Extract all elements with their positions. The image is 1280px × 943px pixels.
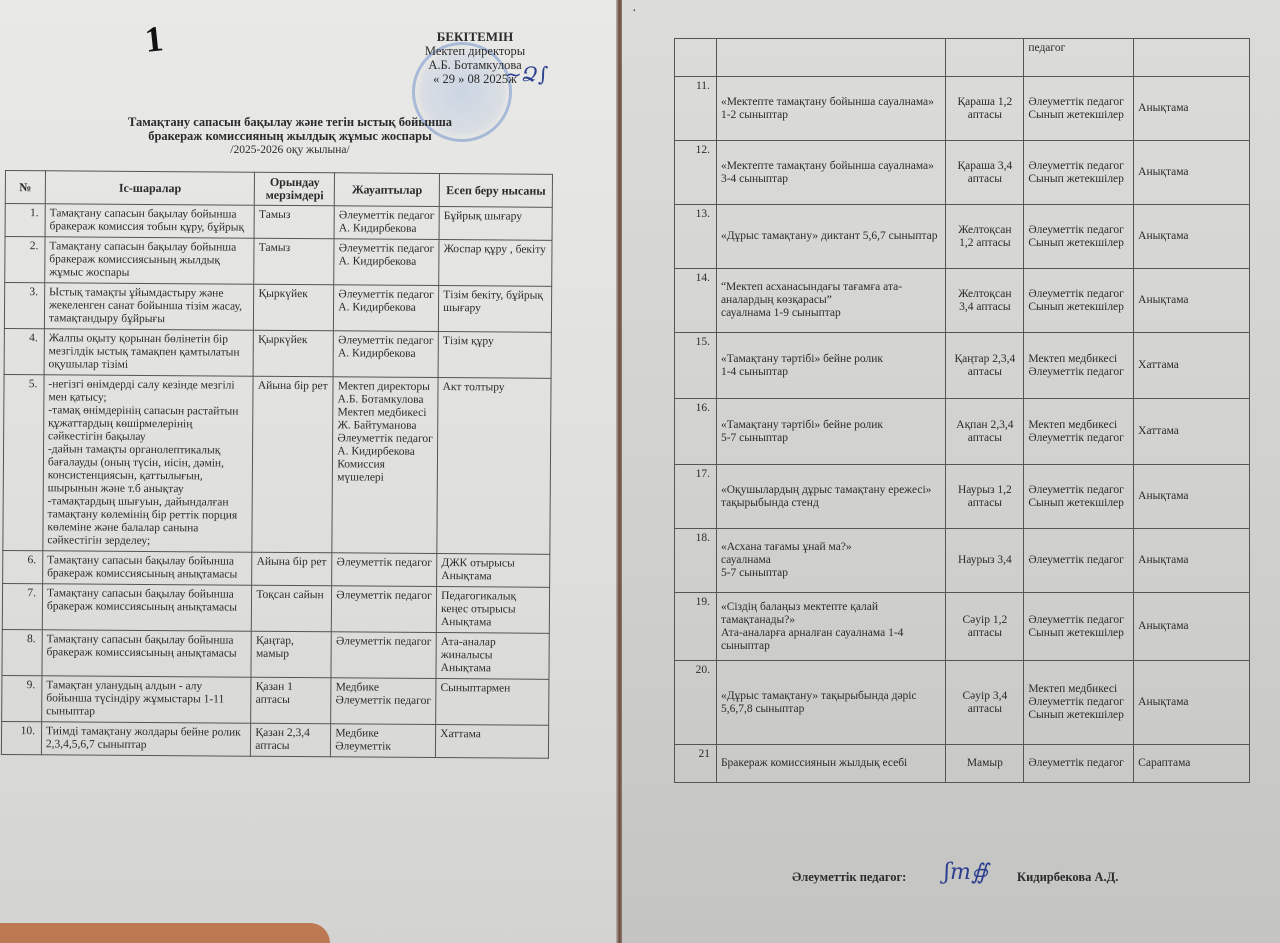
cell-number: 17. (675, 465, 717, 529)
cell-timing: Сәуір 3,4 аптасы (946, 661, 1024, 745)
cell-responsible: Мектеп медбикесі Әлеуметтік педагог (1024, 333, 1134, 399)
cell-number: 2. (5, 237, 45, 283)
cell-report-form: Хаттама (1134, 333, 1250, 399)
table-row: 12.«Мектепте тамақтану бойынша сауалнама… (675, 141, 1250, 205)
cell-number: 1. (5, 204, 45, 237)
cell-report-form: Анықтама (1134, 77, 1250, 141)
cell-responsible: Әлеуметтік педагог (1024, 745, 1134, 783)
header-responsible: Жауаптылар (335, 173, 440, 207)
table-header-row: № Іс-шаралар Орындау мерзімдері Жауаптыл… (5, 171, 552, 208)
cell-number: 16. (675, 399, 717, 465)
table-row: 14.“Мектеп асханасындағы тағамға ата-ана… (675, 269, 1250, 333)
cell-timing: Қыркүйек (254, 284, 334, 331)
title-subtitle: /2025-2026 оқу жылына/ (100, 143, 480, 157)
cell-number: 18. (675, 529, 717, 593)
cell-timing: Қыркүйек (253, 330, 333, 377)
cell-responsible: Мектеп медбикесі Әлеуметтік педагог Сыны… (1024, 661, 1134, 745)
cell-responsible: Әлеуметтік педагог Сынып жетекшілер (1024, 77, 1134, 141)
table-row: 6.Тамақтану сапасын бақылау бойынша брак… (3, 550, 550, 587)
approval-position: Мектеп директоры (395, 44, 555, 58)
cell-responsible: Мектеп медбикесі Әлеуметтік педагог (1024, 399, 1134, 465)
cell-activity: «Тамақтану тәртібі» бейне ролик 5-7 сыны… (716, 399, 945, 465)
cell-activity: Тамақтану сапасын бақылау бойынша бракер… (42, 630, 252, 677)
cell-activity: «Мектепте тамақтану бойынша сауалнама» 1… (716, 77, 945, 141)
cell-activity: «Тамақтану тәртібі» бейне ролик 1-4 сыны… (716, 333, 945, 399)
cell-number: 14. (675, 269, 717, 333)
cell-responsible: Әлеуметтік педагог (332, 586, 437, 633)
cell-report-form: Анықтама (1134, 529, 1250, 593)
cell-number: 9. (2, 675, 42, 721)
table-row: 10.Тиімді тамақтану жолдары бейне ролик … (1, 721, 548, 758)
cell-responsible: Әлеуметтік педагог (331, 632, 436, 679)
cell-report-form: Анықтама (1134, 141, 1250, 205)
cell-number: 4. (4, 328, 44, 374)
table-row: 17.«Оқушылардың дұрыс тамақтану ережесі»… (675, 465, 1250, 529)
cell-number: 11. (675, 77, 717, 141)
cell-activity: Тамақтану сапасын бақылау бойынша бракер… (42, 584, 252, 631)
cell-report-form: Жоспар құру , бекіту (439, 240, 552, 287)
cell-number: 15. (675, 333, 717, 399)
header-report-form: Есеп беру нысаны (439, 174, 552, 208)
cell-activity: «Сіздің балаңыз мектепте қалай тамақтана… (716, 593, 945, 661)
cell-activity: Ыстық тамақты ұйымдастыру және жекеленге… (44, 283, 254, 330)
approval-heading: БЕКІТЕМІН (395, 30, 555, 44)
director-signature: ~Ձ∫ (505, 62, 548, 86)
cell-report-form: Бұйрық шығару (439, 207, 552, 241)
table-row: 8.Тамақтану сапасын бақылау бойынша брак… (2, 629, 549, 679)
cell-timing: Қараша 1,2 аптасы (946, 77, 1024, 141)
cell-activity: Тамақтан уланудың алдын - алу бойынша тү… (42, 676, 252, 723)
cell-activity: Тиімді тамақтану жолдары бейне ролик 2,3… (41, 722, 251, 756)
cell-activity: Бракераж комиссиянын жылдық есебі (716, 745, 945, 783)
cell-responsible: Мектеп директоры А.Б. Ботамкулова Мектеп… (332, 377, 438, 554)
cell-timing: Желтоқсан 3,4 аптасы (946, 269, 1024, 333)
cell-number: 19. (675, 593, 717, 661)
cell-report-form: Ата-аналар жиналысы Анықтама (436, 633, 549, 680)
title-line-1: Тамақтану сапасын бақылау және тегін ыст… (100, 115, 480, 129)
header-number: № (5, 171, 45, 204)
cell-report-form: Анықтама (1134, 593, 1250, 661)
table-row: 3.Ыстық тамақты ұйымдастыру және жекелен… (4, 283, 551, 333)
cell-timing: Қараша 3,4 аптасы (946, 141, 1024, 205)
cell-report-form: Акт толтыру (437, 378, 551, 555)
cell-number: 5. (3, 374, 44, 550)
cell-responsible: Медбике Әлеуметтік (331, 724, 436, 758)
table-row: 11.«Мектепте тамақтану бойынша сауалнама… (675, 77, 1250, 141)
table-row: 9.Тамақтан уланудың алдын - алу бойынша … (2, 675, 549, 725)
page-number-mark: 1 (143, 17, 165, 61)
document-page-left: 1 БЕКІТЕМІН Мектеп директоры А.Б. Ботамк… (0, 0, 618, 943)
cell-report-form: Анықтама (1134, 205, 1250, 269)
cell-responsible: Әлеуметтік педагог А. Кидирбекова (334, 206, 439, 240)
cell-responsible: Әлеуметтік педагог (332, 553, 437, 587)
table-row: 7.Тамақтану сапасын бақылау бойынша брак… (2, 583, 549, 633)
table-row: 13.«Дұрыс тамақтану» диктант 5,6,7 сынып… (675, 205, 1250, 269)
cell-timing: Айына бір рет (252, 552, 332, 586)
cell-responsible: Әлеуметтік педагог (1024, 529, 1134, 593)
cell-timing: Наурыз 1,2 аптасы (946, 465, 1024, 529)
table-row-continued: педагог (675, 39, 1250, 77)
cell-report-form: Педагогикалық кеңес отырысы Анықтама (436, 587, 549, 634)
cell-responsible: педагог (1024, 39, 1134, 77)
cell-responsible: Әлеуметтік педагог А. Кидирбекова (334, 239, 439, 286)
cell-number: 10. (1, 721, 41, 754)
cell-responsible: Әлеуметтік педагог Сынып жетекшілер (1024, 593, 1134, 661)
cell-activity: Жалпы оқыту қорынан бөлінетін бір мезгіл… (44, 329, 254, 376)
table-row: 1.Тамақтану сапасын бақылау бойынша брак… (5, 204, 552, 241)
cell-timing: Сәуір 1,2 аптасы (946, 593, 1024, 661)
cell-timing: Тоқсан сайын (252, 585, 332, 632)
cell-responsible: Әлеуметтік педагог Сынып жетекшілер (1024, 141, 1134, 205)
cell-report-form: ДЖК отырысы Анықтама (437, 554, 550, 588)
cell-activity: Тамақтану сапасын бақылау бойынша бракер… (45, 204, 255, 238)
cell-activity: “Мектеп асханасындағы тағамға ата-аналар… (716, 269, 945, 333)
table-row: 16.«Тамақтану тәртібі» бейне ролик 5-7 с… (675, 399, 1250, 465)
plan-table-part-2: педагог 11.«Мектепте тамақтану бойынша с… (674, 38, 1250, 783)
cell-activity: Тамақтану сапасын бақылау бойынша бракер… (45, 237, 255, 284)
cell-number: 20. (675, 661, 717, 745)
cell-responsible: Медбике Әлеуметтік педагог (331, 678, 436, 725)
footer-role: Әлеуметтік педагог: (792, 870, 906, 885)
table-row: 2.Тамақтану сапасын бақылау бойынша брак… (5, 237, 552, 287)
cell-timing: Мамыр (946, 745, 1024, 783)
cell-report-form: Хаттама (1134, 399, 1250, 465)
cell-responsible: Әлеуметтік педагог Сынып жетекшілер (1024, 269, 1134, 333)
cell-responsible: Әлеуметтік педагог А. Кидирбекова (333, 331, 438, 378)
document-page-right: · педагог 11.«Мектепте тамақтану бойынша… (622, 0, 1280, 943)
cell-number: 7. (2, 583, 42, 629)
cell-activity: «Асхана тағамы ұнай ма?» сауалнама 5-7 с… (716, 529, 945, 593)
cell-report-form: Сараптама (1134, 745, 1250, 783)
cell-timing: Айына бір рет (252, 376, 333, 553)
cell-activity: Тамақтану сапасын бақылау бойынша бракер… (43, 551, 253, 585)
table-row: 20.«Дұрыс тамақтану» тақырыбында дәріс 5… (675, 661, 1250, 745)
cell-timing: Ақпан 2,3,4 аптасы (946, 399, 1024, 465)
header-activities: Іс-шаралар (45, 171, 255, 205)
table-row: 15.«Тамақтану тәртібі» бейне ролик 1-4 с… (675, 333, 1250, 399)
cell-activity: «Оқушылардың дұрыс тамақтану ережесі» та… (716, 465, 945, 529)
table-row: 5.-негізгі өнімдерді салу кезінде мезгіл… (3, 374, 551, 554)
desk-edge (0, 923, 330, 943)
cell-activity: -негізгі өнімдерді салу кезінде мезгілі … (43, 375, 254, 552)
title-line-2: бракераж комиссияның жылдық жұмыс жоспар… (100, 129, 480, 143)
cell-number: 6. (3, 550, 43, 583)
header-timing: Орындау мерзімдері (255, 172, 335, 206)
cell-number: 13. (675, 205, 717, 269)
table-row: 4.Жалпы оқыту қорынан бөлінетін бір мезг… (4, 328, 551, 378)
cell-activity: «Дұрыс тамақтану» тақырыбында дәріс 5,6,… (716, 661, 945, 745)
cell-report-form: Анықтама (1134, 269, 1250, 333)
cell-timing: Қазан 2,3,4 аптасы (251, 723, 331, 757)
cell-report-form: Тізім бекіту, бұйрық шығару (439, 286, 552, 333)
cell-timing: Наурыз 3,4 (946, 529, 1024, 593)
cell-timing: Қаңтар 2,3,4 аптасы (946, 333, 1024, 399)
cell-report-form: Тізім құру (438, 332, 551, 379)
cell-responsible: Әлеуметтік педагог Сынып жетекшілер (1024, 465, 1134, 529)
cell-responsible: Әлеуметтік педагог А. Кидирбекова (334, 285, 439, 332)
table-row: 19.«Сіздің балаңыз мектепте қалай тамақт… (675, 593, 1250, 661)
cell-timing: Желтоқсан 1,2 аптасы (946, 205, 1024, 269)
table-row: 21Бракераж комиссиянын жылдық есебіМамыр… (675, 745, 1250, 783)
cell-activity: «Дұрыс тамақтану» диктант 5,6,7 сыныптар (716, 205, 945, 269)
cell-report-form: Сыныптармен (436, 679, 549, 726)
cell-number: 21 (675, 745, 717, 783)
cell-responsible: Әлеуметтік педагог Сынып жетекшілер (1024, 205, 1134, 269)
cell-report-form: Хаттама (436, 725, 549, 759)
cell-timing: Тамыз (254, 238, 334, 285)
cell-activity: «Мектепте тамақтану бойынша сауалнама» 3… (716, 141, 945, 205)
cell-report-form: Анықтама (1134, 465, 1250, 529)
plan-table-part-1: № Іс-шаралар Орындау мерзімдері Жауаптыл… (1, 170, 553, 759)
footer-name: Кидирбекова А.Д. (1017, 870, 1118, 885)
table-row: 18.«Асхана тағамы ұнай ма?» сауалнама 5-… (675, 529, 1250, 593)
document-title: Тамақтану сапасын бақылау және тегін ыст… (100, 115, 480, 157)
cell-timing: Қазан 1 аптасы (251, 677, 331, 724)
page-dot: · (632, 4, 637, 20)
cell-timing: Қаңтар, мамыр (251, 631, 331, 678)
pedagogue-signature: ʃm∯ (944, 860, 988, 885)
cell-number: 3. (4, 283, 44, 329)
cell-report-form: Анықтама (1134, 661, 1250, 745)
cell-number: 12. (675, 141, 717, 205)
cell-timing: Тамыз (254, 205, 334, 239)
cell-number: 8. (2, 629, 42, 675)
